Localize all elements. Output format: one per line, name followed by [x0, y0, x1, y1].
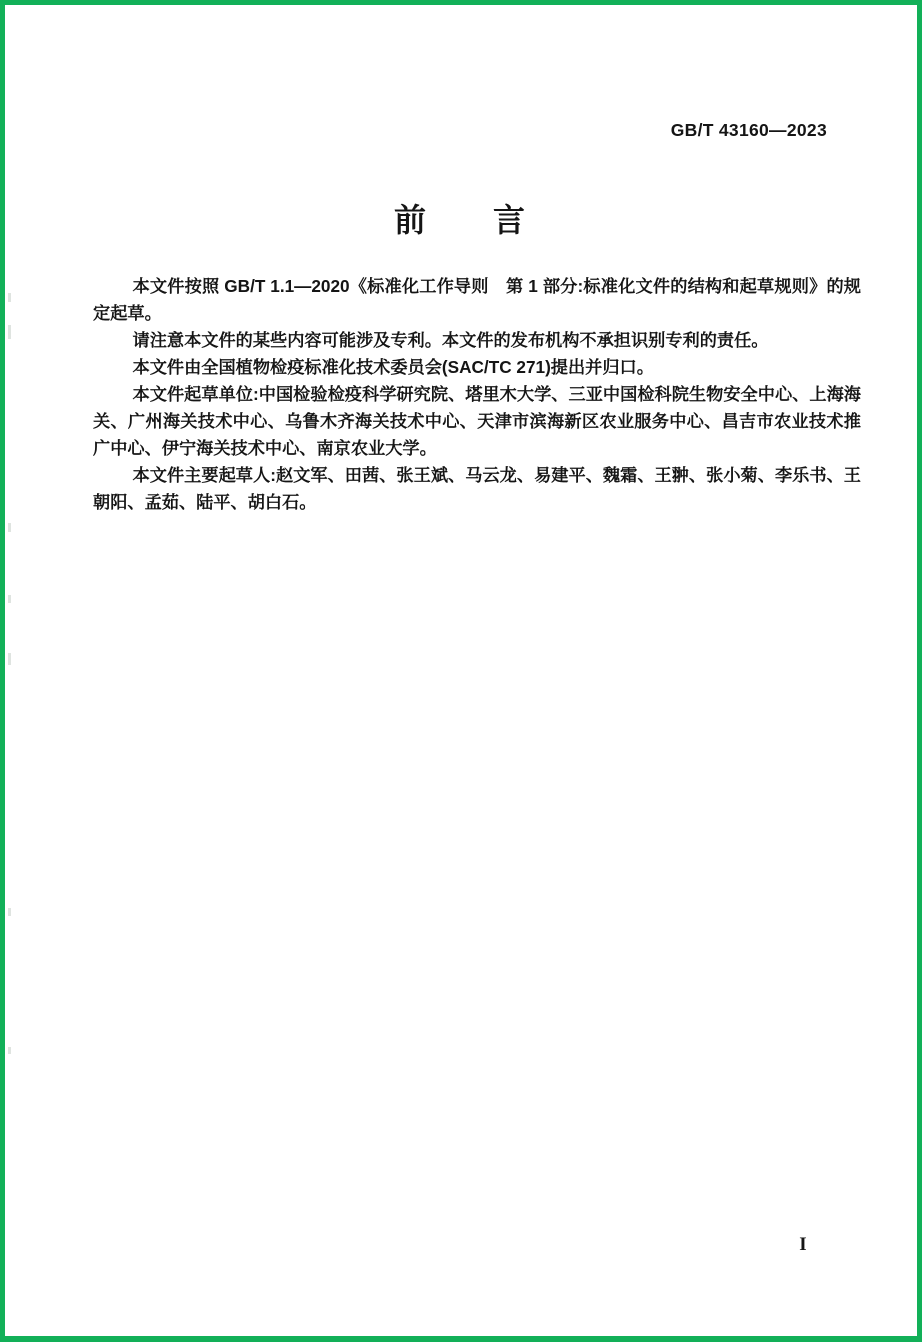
- foreword-paragraph-patent-notice: 请注意本文件的某些内容可能涉及专利。本文件的发布机构不承担识别专利的责任。: [93, 327, 861, 354]
- document-page: GB/T 43160—2023 前 言 本文件按照 GB/T 1.1—2020《…: [0, 0, 922, 1342]
- scan-artifact: [8, 1047, 11, 1054]
- scan-artifact: [8, 908, 11, 916]
- foreword-paragraph-committee: 本文件由全国植物检疫标准化技术委员会(SAC/TC 271)提出并归口。: [93, 354, 861, 381]
- scan-artifact: [8, 595, 11, 603]
- page-number: I: [743, 1234, 863, 1256]
- foreword-paragraph-drafters: 本文件主要起草人:赵文军、田茜、张王斌、马云龙、易建平、魏霜、王翀、张小菊、李乐…: [93, 462, 861, 516]
- scan-artifact: [8, 523, 11, 532]
- standard-code-header: GB/T 43160—2023: [5, 120, 827, 141]
- scan-artifact: [8, 293, 11, 302]
- scan-artifact: [8, 325, 11, 339]
- foreword-paragraph-drafting-organizations: 本文件起草单位:中国检验检疫科学研究院、塔里木大学、三亚中国检科院生物安全中心、…: [93, 381, 861, 462]
- foreword-paragraph-drafting-rules: 本文件按照 GB/T 1.1—2020《标准化工作导则 第 1 部分:标准化文件…: [93, 273, 861, 327]
- document-title: 前 言: [93, 195, 827, 241]
- foreword-body: 本文件按照 GB/T 1.1—2020《标准化工作导则 第 1 部分:标准化文件…: [93, 273, 861, 516]
- scan-artifact: [8, 653, 11, 665]
